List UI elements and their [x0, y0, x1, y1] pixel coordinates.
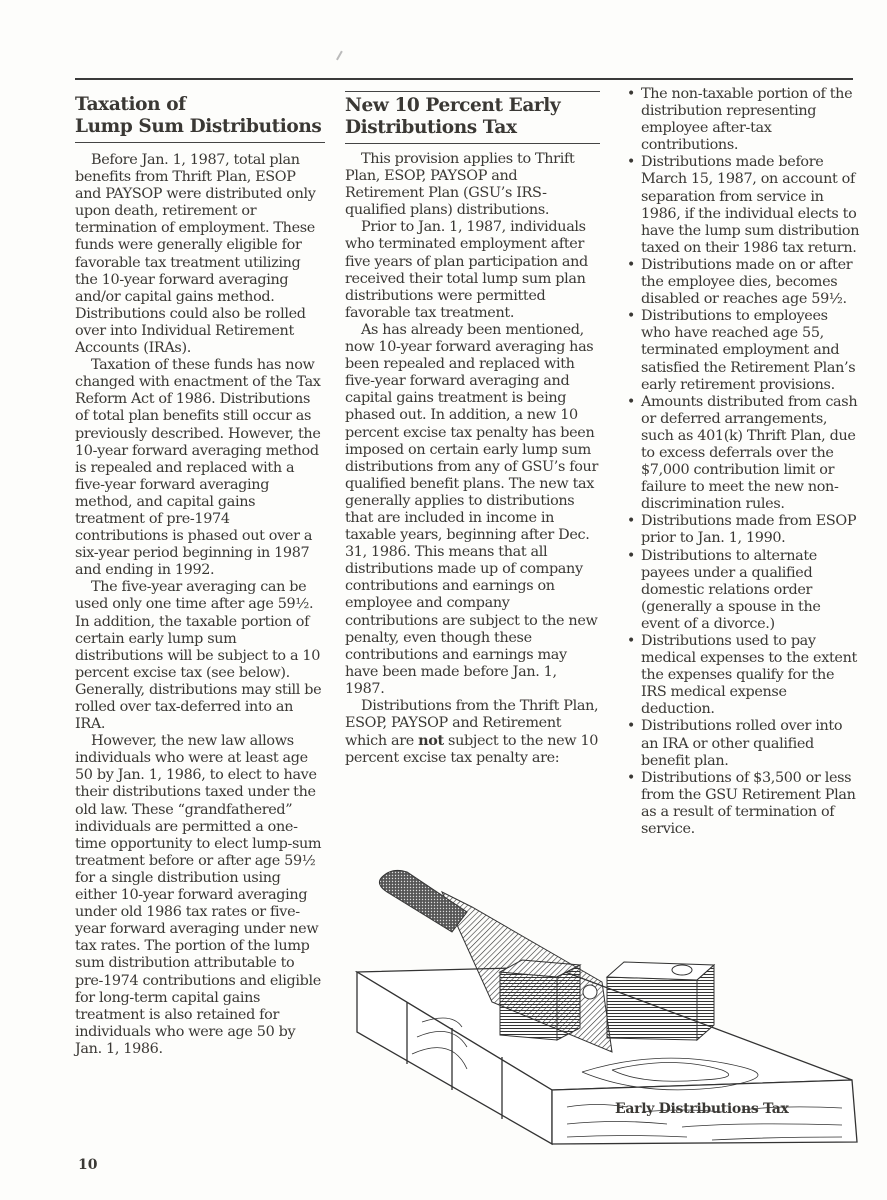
list-item: Amounts distributed from cash or deferre… — [625, 394, 860, 514]
paragraph: Before Jan. 1, 1987, total plan benefits… — [75, 152, 325, 357]
money-stack-right — [607, 962, 714, 1040]
list-item: Distributions of $3,500 or less from the… — [625, 770, 860, 838]
list-item: Distributions used to pay medical expens… — [625, 633, 860, 718]
section-lump-sum-taxation: Taxation of Lump Sum Distributions Befor… — [75, 94, 325, 1058]
paragraph-exemptions-intro: Distributions from the Thrift Plan, ESOP… — [345, 698, 600, 767]
list-item: Distributions made on or after the emplo… — [625, 257, 860, 308]
section-title-lump-sum: Taxation of Lump Sum Distributions — [75, 94, 325, 143]
list-item: Distributions to employees who have reac… — [625, 308, 860, 393]
list-item: Distributions made from ESOP prior to Ja… — [625, 513, 860, 547]
emphasis-not: not — [418, 732, 444, 749]
list-item: The non-taxable portion of the distribut… — [625, 86, 860, 154]
stray-mark — [336, 51, 348, 64]
paragraph: The five-year averaging can be used only… — [75, 579, 325, 733]
paragraph: Prior to Jan. 1, 1987, individuals who t… — [345, 219, 600, 322]
paragraph: Taxation of these funds has now changed … — [75, 357, 325, 579]
top-rule — [75, 78, 853, 80]
page-number: 10 — [78, 1157, 97, 1173]
exemptions-list: The non-taxable portion of the distribut… — [625, 86, 860, 838]
list-item: Distributions made before March 15, 1987… — [625, 154, 860, 257]
section-title-early-distributions: New 10 Percent Early Distributions Tax — [345, 91, 600, 144]
paragraph: This provision applies to Thrift Plan, E… — [345, 151, 600, 219]
exemptions-list-column: The non-taxable portion of the distribut… — [625, 86, 860, 838]
paragraph: However, the new law allows individuals … — [75, 733, 325, 1058]
section-early-distributions-tax: New 10 Percent Early Distributions Tax T… — [345, 94, 600, 767]
illustration-label: Early Distributions Tax — [615, 1101, 789, 1117]
list-item: Distributions to alternate payees under … — [625, 548, 860, 633]
list-item: Distributions rolled over into an IRA or… — [625, 718, 860, 769]
paragraph: As has already been mentioned, now 10-ye… — [345, 322, 600, 698]
